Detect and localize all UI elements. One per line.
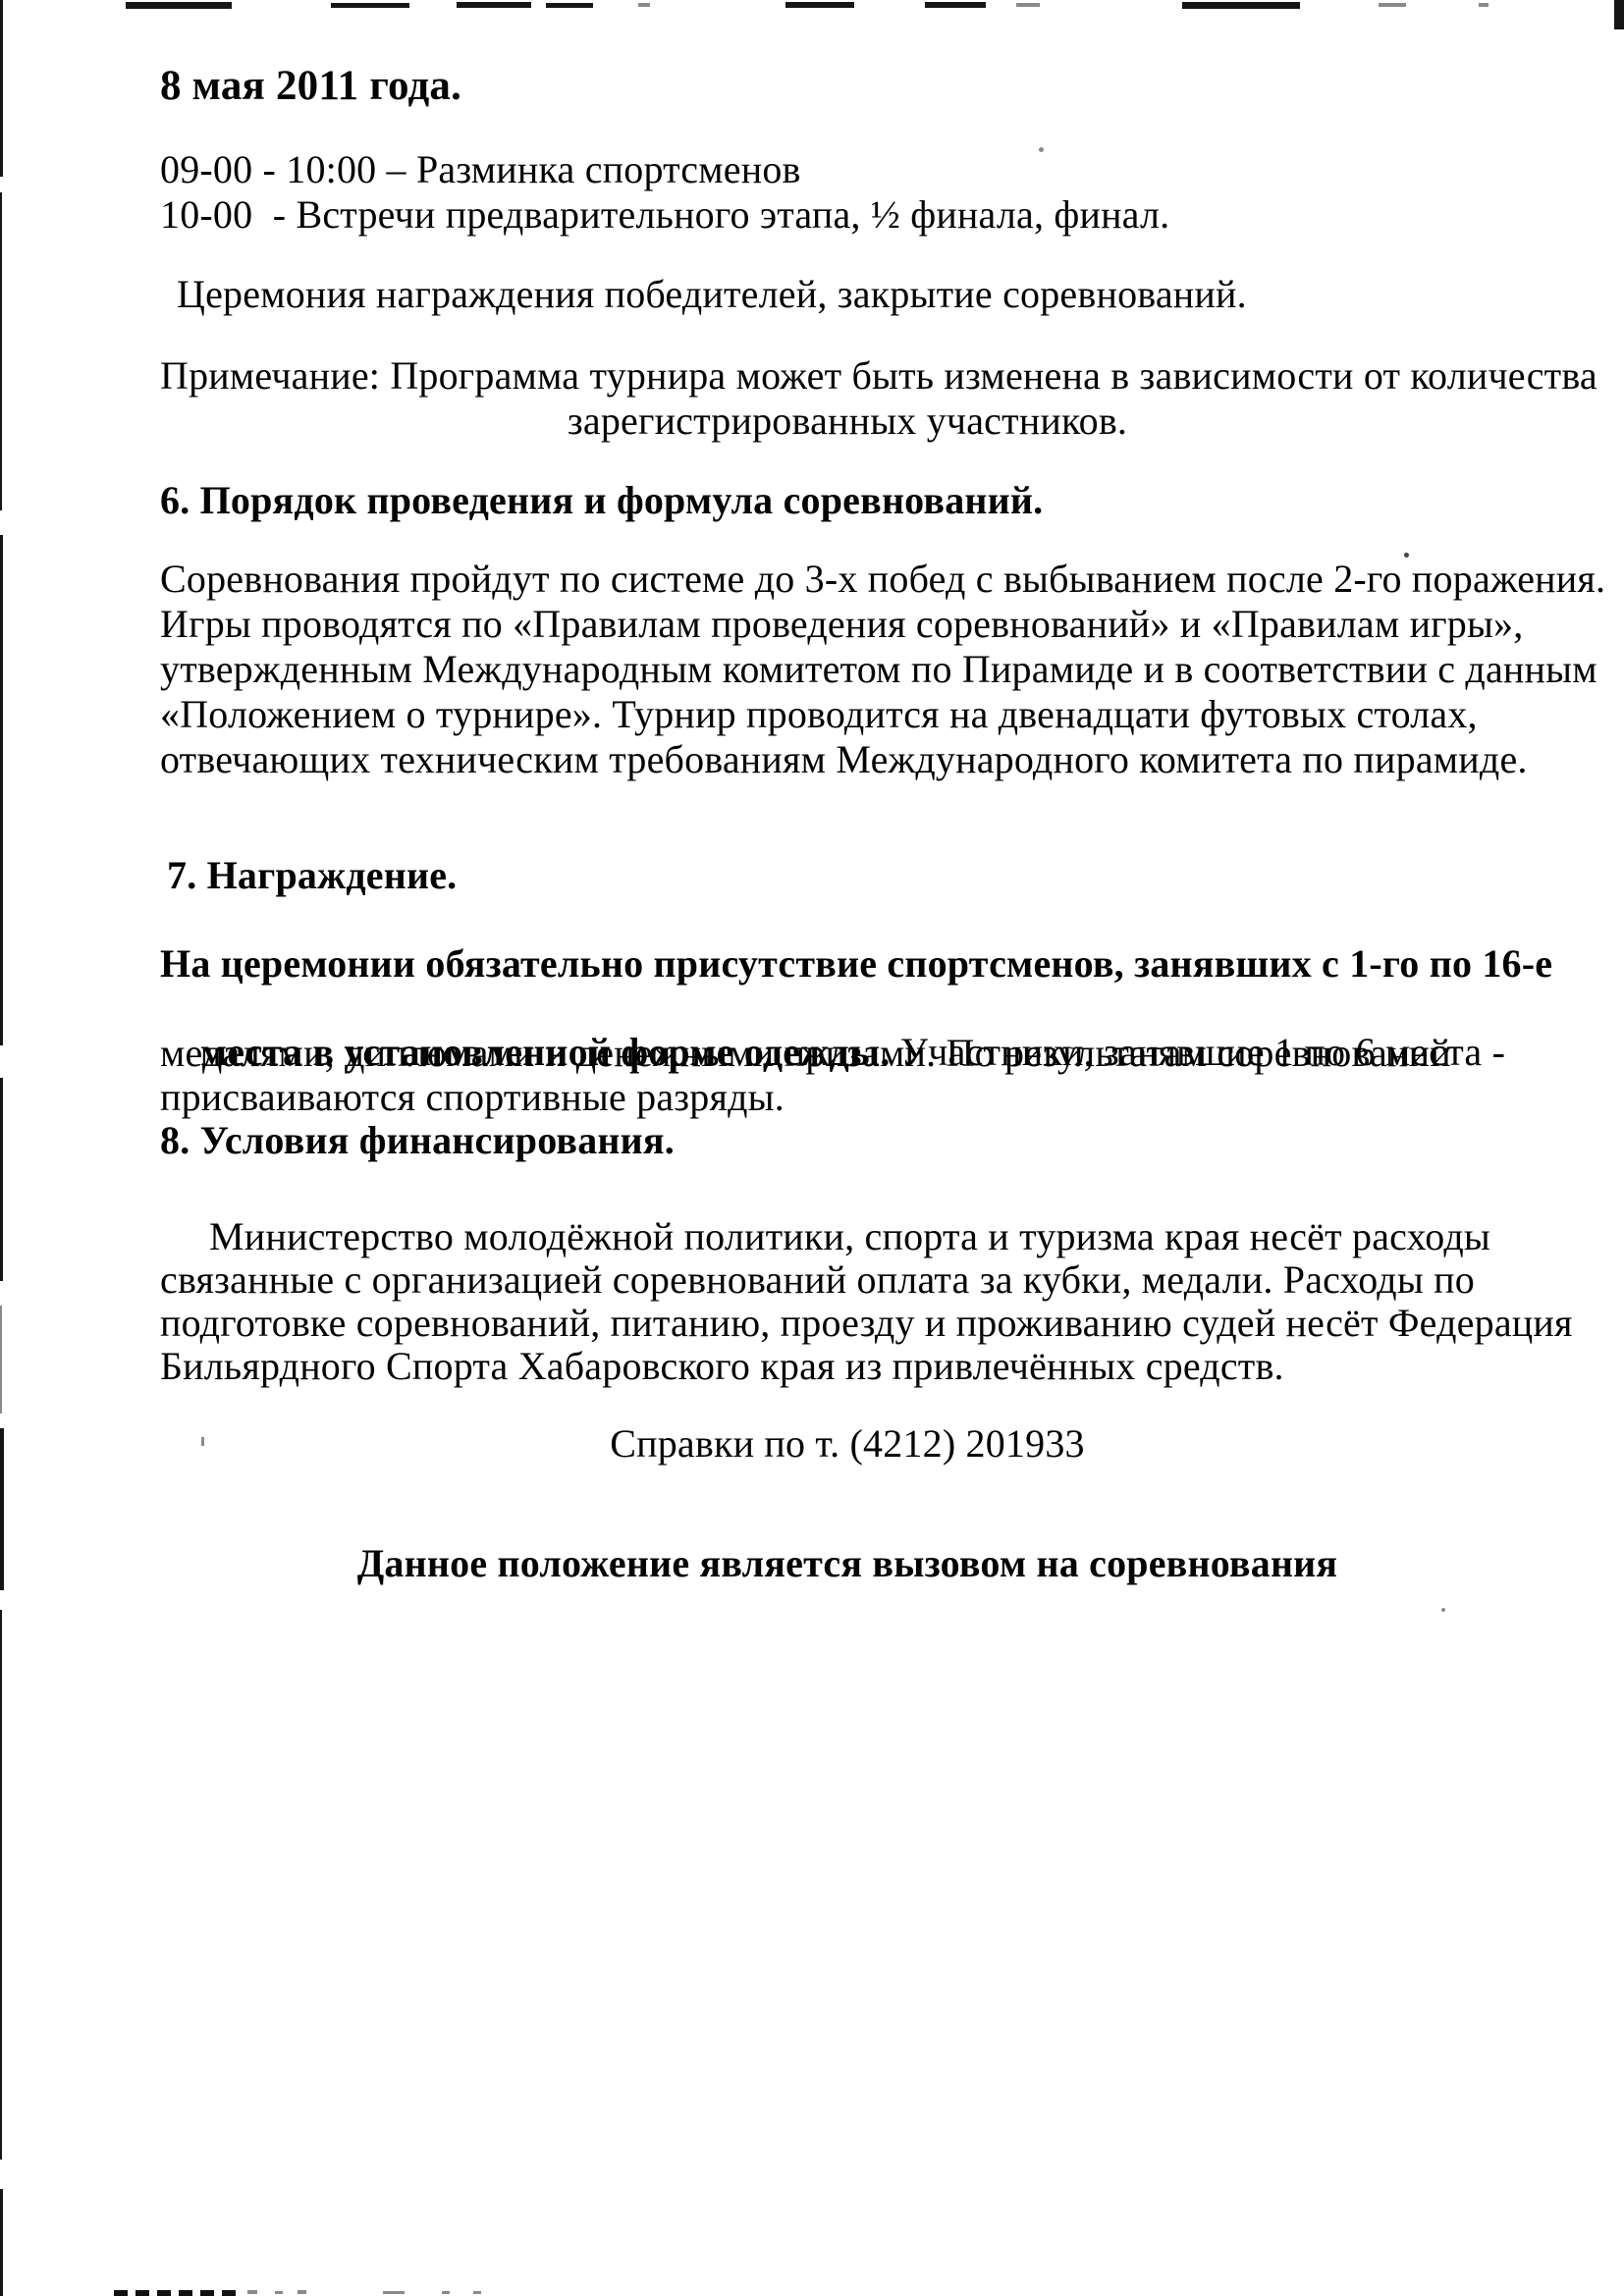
date-heading: 8 мая 2011 года. (160, 63, 461, 109)
scan-artifact-left-edge (0, 2189, 3, 2296)
contact-phone-line: Справки по т. (4212) 201933 (160, 1422, 1535, 1466)
scan-artifact-speck (1441, 1608, 1445, 1612)
scan-artifact-bottom-speck (383, 2291, 405, 2294)
scan-artifact-top-edge (1479, 3, 1489, 7)
scanned-document-page: 8 мая 2011 года. 09-00 - 10:00 – Разминк… (0, 0, 1624, 2296)
scan-artifact-top-edge (1016, 3, 1040, 7)
schedule-line-2: 10-00 - Встречи предварительного этапа, … (160, 193, 1169, 237)
section-7-text-line: присваиваются спортивные разряды. (160, 1076, 785, 1119)
ceremony-line: Церемония награждения победителей, закры… (177, 273, 1247, 316)
section-6-text-line: утвержденным Международным комитетом по … (160, 648, 1597, 691)
scan-artifact-top-edge (331, 3, 409, 8)
scan-artifact-left-edge (0, 1610, 2, 2160)
section-6-text-line: отвечающих техническим требованиям Между… (160, 738, 1528, 781)
final-statement: Данное положение является вызовом на сор… (160, 1542, 1535, 1585)
scan-artifact-bottom-speck (442, 2291, 450, 2294)
scan-artifact-top-edge (925, 2, 986, 8)
scan-artifact-left-edge (0, 1428, 4, 1590)
note-line-1: Примечание: Программа турнира может быть… (160, 354, 1597, 398)
scan-artifact-left-edge (0, 0, 3, 177)
scan-artifact-bottom-speck (275, 2291, 283, 2294)
section-8-text-line: связанные с организацией соревнований оп… (160, 1258, 1475, 1302)
section-7-text-line: На церемонии обязательно присутствие спо… (160, 942, 1552, 986)
scan-artifact-top-edge (1379, 3, 1406, 7)
scan-artifact-left-edge (0, 535, 3, 1045)
scan-artifact-left-edge (0, 1078, 3, 1281)
scan-artifact-top-edge (546, 3, 593, 8)
scan-artifact-top-edge (1182, 2, 1300, 9)
scan-artifact-left-edge (0, 1306, 2, 1414)
scan-artifact-top-edge (126, 2, 232, 9)
section-8-text-line: подготовке соревнований, питанию, проезд… (160, 1302, 1573, 1345)
section-7-heading: 7. Награждение. (167, 854, 457, 897)
scan-artifact-top-right-corner (1614, 0, 1624, 29)
scan-artifact-bottom-speck (298, 2290, 306, 2294)
section-8-text-line: Бильярдного Спорта Хабаровского края из … (160, 1345, 1284, 1388)
note-line-2: зарегистрированных участников. (160, 400, 1535, 443)
scan-artifact-bottom-speck (473, 2291, 481, 2294)
scan-artifact-bottom-dashes (114, 2290, 242, 2296)
section-6-text-line: Соревнования пройдут по системе до 3-х п… (160, 558, 1605, 601)
scan-artifact-top-edge (457, 2, 531, 8)
section-6-text-line: «Положением о турнире». Турнир проводитс… (160, 693, 1478, 736)
scan-artifact-bottom-speck (247, 2290, 257, 2294)
scan-artifact-top-edge (785, 2, 854, 8)
schedule-line-1: 09-00 - 10:00 – Разминка спортсменов (160, 148, 801, 191)
scan-artifact-speck (1039, 147, 1044, 152)
scan-artifact-top-edge (638, 3, 650, 7)
section-7-text-line: медалями, дипломами и денежными призами.… (160, 1032, 1451, 1075)
section-8-text-line: Министерство молодёжной политики, спорта… (209, 1215, 1490, 1258)
scan-artifact-left-edge (0, 192, 2, 510)
section-6-text-line: Игры проводятся по «Правилам проведения … (160, 603, 1523, 646)
section-6-heading: 6. Порядок проведения и формула соревнов… (160, 479, 1043, 522)
section-8-heading: 8. Условия финансирования. (160, 1119, 675, 1162)
